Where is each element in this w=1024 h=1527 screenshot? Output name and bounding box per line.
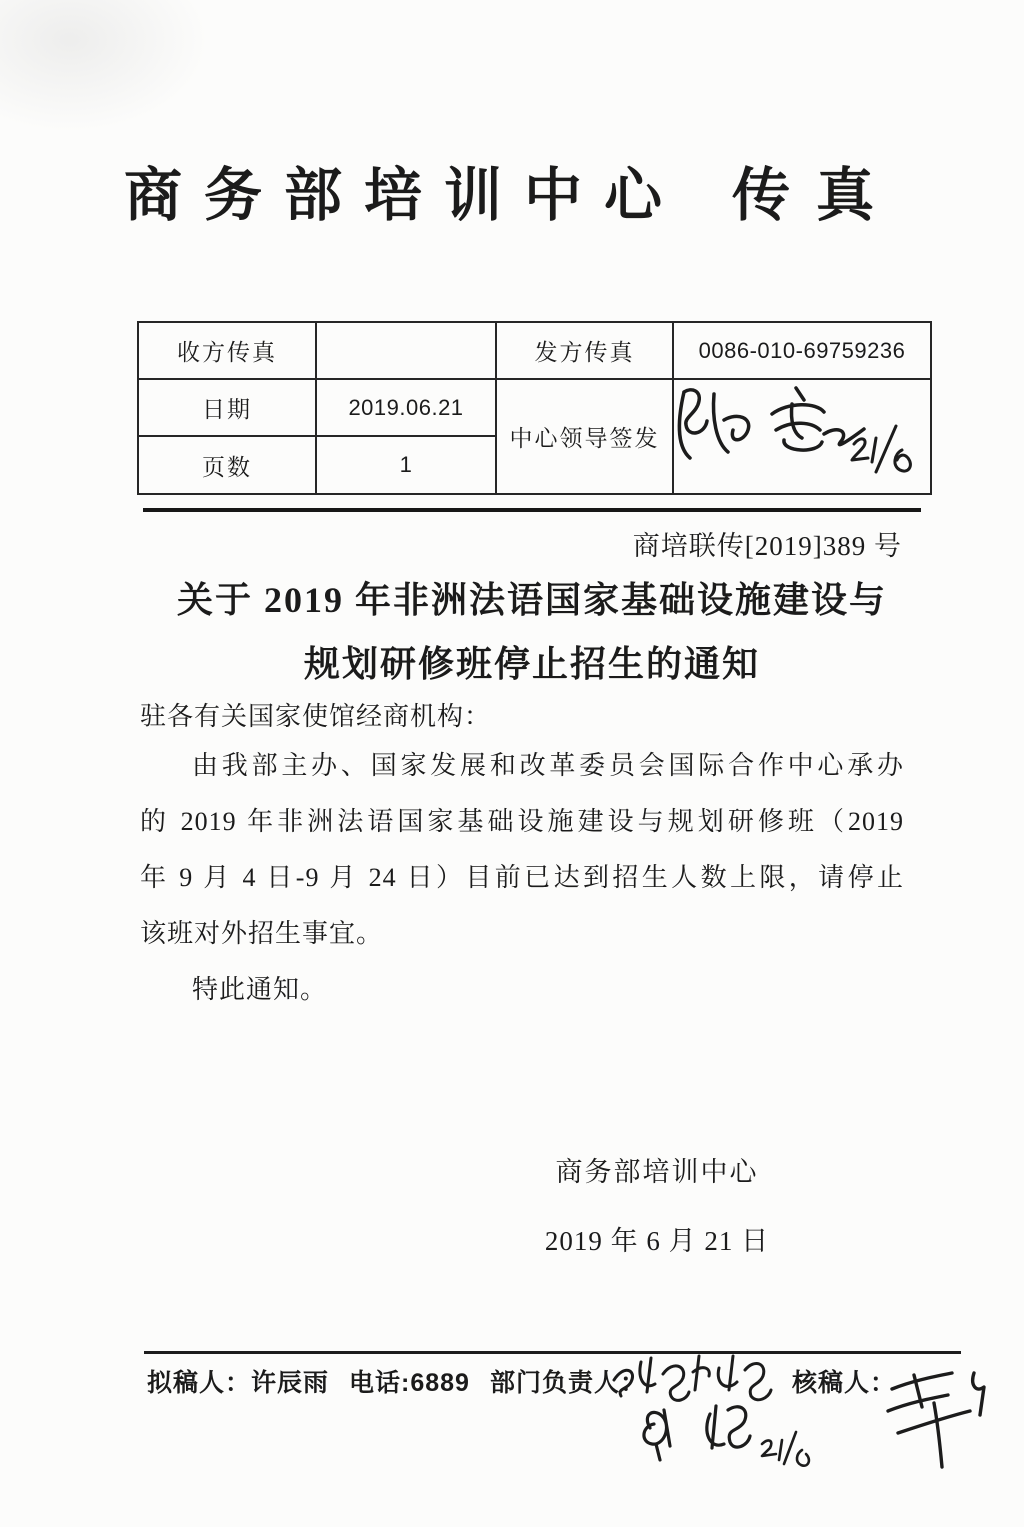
date-label: 日期	[138, 379, 316, 436]
phone-text: 电话:6889	[349, 1363, 470, 1399]
recipient-fax-value	[316, 322, 496, 379]
body-line: 年 9 月 4 日-9 月 24 日）目前已达到招生人数上限，请停止	[140, 850, 904, 906]
footer-divider-rule	[144, 1351, 961, 1354]
leader-signature-cell	[673, 379, 931, 494]
footer-info-line: 拟稿人：许辰雨 电话:6889 部门负责人： 核稿人：	[147, 1363, 1007, 1399]
sender-fax-value: 0086-010-69759236	[673, 322, 931, 379]
sender-fax-label: 发方传真	[496, 322, 673, 379]
fax-cover-document: 商务部培训中心 传真 收方传真 发方传真 0086-010-69759236 日…	[0, 0, 1024, 1527]
header-fax-label: 传真	[732, 146, 900, 246]
salutation: 驻各有关国家使馆经商机构：	[140, 696, 491, 733]
page-title: 商务部培训中心 传真	[0, 146, 1024, 246]
document-title-line1: 关于 2019 年非洲法语国家基础设施建设与	[140, 572, 924, 623]
reviewer-label: 核稿人：	[792, 1363, 896, 1399]
scan-smudge	[0, 0, 220, 140]
pages-label: 页数	[138, 436, 316, 494]
body-line: 该班对外招生事宜。	[140, 906, 904, 962]
document-title-line2: 规划研修班停止招生的通知	[140, 636, 924, 687]
fax-info-table: 收方传真 发方传真 0086-010-69759236 日期 2019.06.2…	[137, 321, 932, 495]
pages-value: 1	[316, 436, 496, 494]
table-row: 日期 2019.06.21 中心领导签发	[138, 379, 931, 436]
header-org-title: 商务部培训中心	[124, 146, 684, 246]
body-line: 特此通知。	[140, 962, 904, 1018]
recipient-fax-label: 收方传真	[138, 322, 316, 379]
date-value: 2019.06.21	[316, 379, 496, 436]
body-line: 的 2019 年非洲法语国家基础设施建设与规划研修班（2019	[140, 794, 904, 850]
leader-sign-label: 中心领导签发	[496, 379, 673, 494]
document-ref-number: 商培联传[2019]389 号	[633, 524, 902, 563]
signoff-org: 商务部培训中心	[512, 1150, 802, 1189]
signoff-date: 2019 年 6 月 21 日	[512, 1219, 802, 1258]
drafter-text: 拟稿人：许辰雨	[147, 1363, 329, 1399]
body-text: 由我部主办、国家发展和改革委员会国际合作中心承办 的 2019 年非洲法语国家基…	[140, 738, 904, 1018]
dept-head-label: 部门负责人：	[490, 1363, 646, 1399]
body-line: 由我部主办、国家发展和改革委员会国际合作中心承办	[140, 738, 904, 794]
header-divider-rule	[143, 508, 921, 512]
signoff-block: 商务部培训中心 2019 年 6 月 21 日	[512, 1150, 802, 1258]
table-row: 收方传真 发方传真 0086-010-69759236	[138, 322, 931, 379]
